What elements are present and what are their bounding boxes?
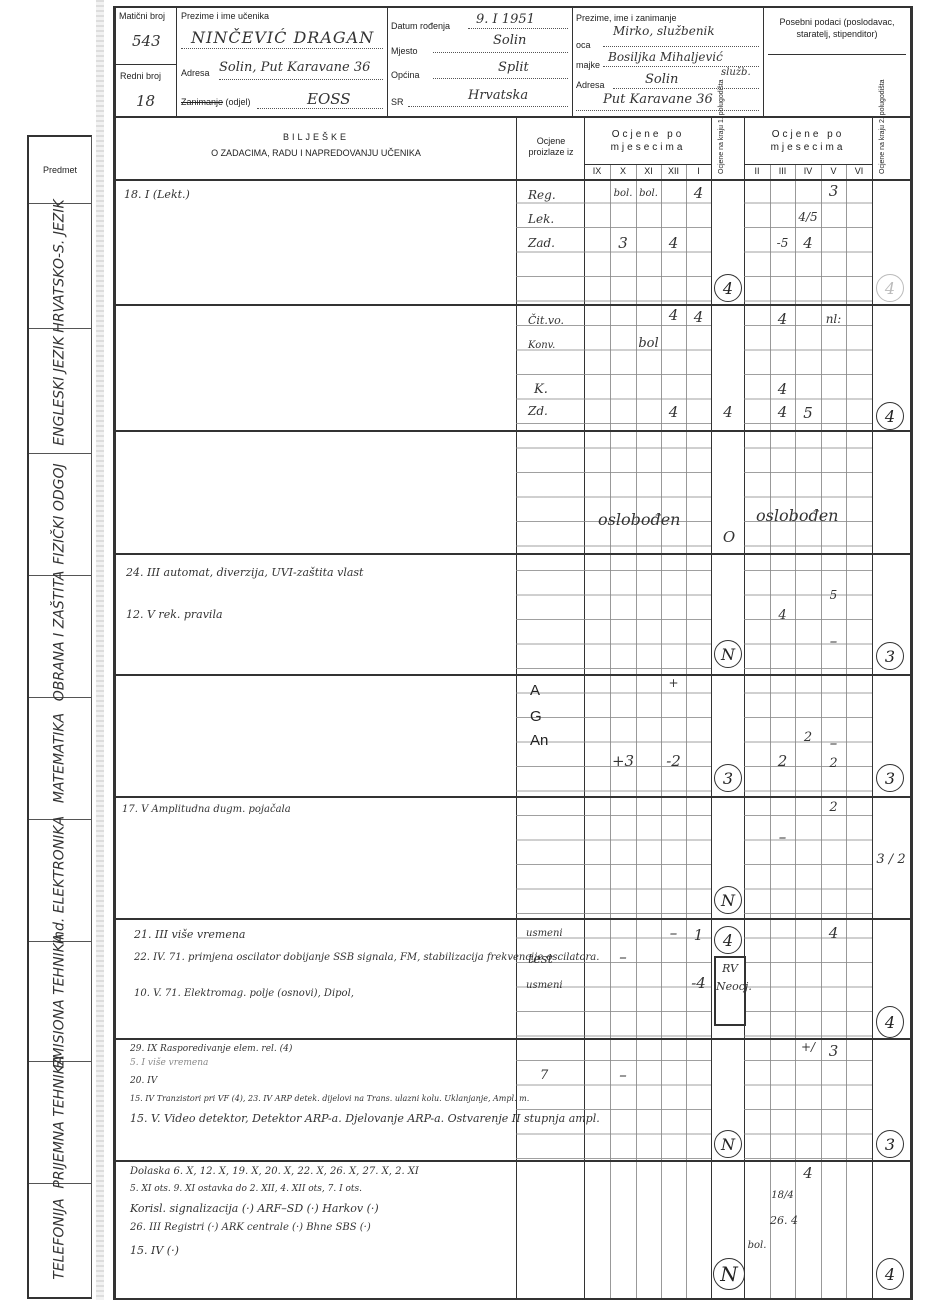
term2-final-grade: 4 <box>876 402 904 430</box>
grade-cell: – <box>821 632 846 650</box>
father-value: Mirko, službenik <box>613 24 715 38</box>
occupation-label: Zanimanje (odjel) <box>181 97 251 107</box>
note-emission-3: 10. V. 71. Elektromag. polje (osnovi), D… <box>134 988 354 999</box>
term1-final-grade: N <box>714 640 742 668</box>
student-record-sheet: Matični broj 543 Redni broj 18 Prezime i… <box>113 6 913 1300</box>
subject-label-defense: OBRANA I ZAŠTITA <box>29 575 91 698</box>
municipality-value: Split <box>498 60 529 75</box>
grade-cell: 4 <box>770 608 795 623</box>
note-croatian-1: 18. I (Lekt.) <box>124 188 190 201</box>
grade-cell: 4 <box>661 306 686 324</box>
ordinal-number-value: 18 <box>136 92 155 110</box>
grade-cell: 4 <box>770 380 795 398</box>
grade-cell: +3 <box>610 752 636 770</box>
month-iv: IV <box>795 166 821 176</box>
parents-address-label: Adresa <box>576 80 605 90</box>
grade-cell: 4 <box>661 234 686 252</box>
parents-address-value-2: Put Karavane 36 <box>603 92 713 107</box>
source-emission-3: usmeni <box>526 980 563 991</box>
grade-cell: 4 <box>661 403 686 421</box>
binding-gutter <box>96 0 104 1300</box>
grade-cell: 3 <box>610 234 636 252</box>
registry-number-value: 543 <box>132 32 161 50</box>
term2-final-header: Ocjene na kraju 2. polugodišta <box>878 79 887 174</box>
ordinal-number-label: Redni broj <box>120 71 161 81</box>
note-telephony-4: 26. III Registri (·) ARK centrale (·) Bh… <box>130 1222 371 1233</box>
term2-final-grade: 3 / 2 <box>874 852 908 867</box>
term1-final-grade: N <box>713 1258 745 1290</box>
grade-cell: bol. <box>610 188 636 199</box>
grade-cell: – <box>610 948 636 966</box>
source-croatian-1: Reg. <box>528 188 556 202</box>
student-info-cell: Prezime i ime učenika NINČEVIĆ DRAGAN Ad… <box>177 8 388 116</box>
note-reception-2: 5. I više vremena <box>130 1058 208 1068</box>
grade-cell: -2 <box>661 752 686 770</box>
registry-number-cell: Matični broj 543 <box>116 8 177 65</box>
term1-final-grade: O <box>716 528 742 546</box>
note-defense-1: 24. III automat, diverzija, UVI-zaštita … <box>126 566 363 579</box>
month-vi: VI <box>846 166 872 176</box>
term1-final-grade: N <box>714 1130 742 1158</box>
term1-final-grade: 3 <box>714 764 742 792</box>
grade-cell: 4 <box>770 310 795 328</box>
grade-cell: bol. <box>744 1240 770 1251</box>
republic-label: SR <box>391 97 404 107</box>
month-xi: XI <box>636 166 661 176</box>
month-x: X <box>610 166 636 176</box>
header-block: Matični broj 543 Redni broj 18 Prezime i… <box>116 8 910 118</box>
term1-final-header: Ocjene na kraju 1. polugodišta <box>717 79 726 174</box>
source-math-1: A <box>530 682 540 699</box>
note-telephony-3: Korisl. signalizacija (·) ARF–SD (·) Har… <box>130 1202 379 1215</box>
grade-cell: 18/4 <box>770 1190 795 1201</box>
grade-cell: bol. <box>636 188 661 199</box>
source-emission-1: usmeni <box>526 928 563 939</box>
subject-column-header: Predmet <box>29 137 91 204</box>
note-telephony-5: 15. IV (·) <box>130 1244 179 1257</box>
term2-final-grade: 3 <box>876 1130 904 1158</box>
student-name-label: Prezime i ime učenika <box>181 11 269 21</box>
place-label: Mjesto <box>391 46 418 56</box>
month-iii: III <box>770 166 795 176</box>
source-emission-2: test <box>528 952 553 967</box>
note-telephony-2: 5. XI ots. 9. XI ostavka do 2. XII, 4. X… <box>130 1184 362 1194</box>
grade-cell: 2 <box>821 756 846 771</box>
subject-label-math: MATEMATIKA <box>29 697 91 820</box>
mother-value: Bosiljka Mihaljević <box>608 50 723 64</box>
grade-cell: 3 <box>821 1042 846 1060</box>
mother-label: majke <box>576 60 600 70</box>
student-name-value: NINČEVIĆ DRAGAN <box>191 28 374 47</box>
month-v: V <box>821 166 846 176</box>
grade-cell: + <box>661 676 686 690</box>
source-croatian-3: Zad. <box>528 236 555 250</box>
source-croatian-2: Lek. <box>528 212 554 226</box>
term1-final-grade: 4 <box>714 926 742 954</box>
grade-cell: – <box>821 734 846 752</box>
republic-value: Hrvatska <box>468 88 528 103</box>
grade-cell: 1 <box>686 926 711 944</box>
grade-cell: 4 <box>686 184 711 202</box>
grades-table: BILJEŠKE O ZADACIMA, RADU I NAPREDOVANJU… <box>116 118 910 1298</box>
grade-cell: 4 <box>714 403 742 421</box>
term2-monthly-header: Ocjene po mjesecima <box>746 128 870 154</box>
term2-final-grade: 3 <box>876 642 904 670</box>
exempt-term1: oslobođen <box>598 510 680 529</box>
grade-cell: – <box>770 828 795 846</box>
note-defense-2: 12. V rek. pravila <box>126 608 223 621</box>
parents-info-cell: Prezime, ime i zanimanje oca Mirko, služ… <box>573 8 764 116</box>
subject-label-emission: EMISIONA TEHNIKA <box>29 941 91 1062</box>
term2-final-grade: 4 <box>876 274 904 302</box>
month-i: I <box>686 166 711 176</box>
grade-cell: bol <box>636 336 661 351</box>
place-value: Solin <box>493 33 526 48</box>
exempt-term2: oslobođen <box>756 506 838 525</box>
grade-cell: 2 <box>795 730 821 745</box>
subject-strip: Predmet HRVATSKO-S. JEZIK ENGLESKI JEZIK… <box>27 135 92 1299</box>
grade-cell: 5 <box>821 588 846 602</box>
month-ii: II <box>744 166 770 176</box>
note-emission-1: 21. III više vremena <box>134 928 245 941</box>
source-math-3: An <box>530 732 548 749</box>
parents-label: Prezime, ime i zanimanje <box>576 13 677 23</box>
special-data-cell: Posebni podaci (poslodavac, staratelj, s… <box>764 8 910 116</box>
note-reception-1: 29. IX Rasporedivanje elem. rel. (4) <box>130 1044 292 1054</box>
grades-from-header: Ocjene proizlaze iz <box>520 136 582 158</box>
grade-cell: 4/5 <box>795 210 821 224</box>
grade-cell: +/ <box>795 1040 821 1054</box>
grade-cell: -5 <box>770 236 795 250</box>
birth-date-label: Datum rođenja <box>391 21 450 31</box>
note-telephony-1: Dolaska 6. X, 12. X, 19. X, 20. X, 22. X… <box>130 1166 419 1177</box>
grade-cell: 4 <box>795 234 821 252</box>
grade-cell: 2 <box>821 800 846 815</box>
term1-final-grade: 4 <box>714 274 742 302</box>
source-english-4: K. <box>534 382 548 397</box>
grade-cell: – <box>610 1066 636 1084</box>
note-reception-5: 15. V. Video detektor, Detektor ARP-a. D… <box>130 1112 600 1125</box>
subject-label-croatian: HRVATSKO-S. JEZIK <box>29 203 91 329</box>
grade-cell: 2 <box>770 752 795 770</box>
subject-label-english: ENGLESKI JEZIK <box>29 328 91 454</box>
special-data-label: Posebni podaci (poslodavac, staratelj, s… <box>772 16 902 40</box>
notes-subtitle: O ZADACIMA, RADU I NAPREDOVANJU UČENIKA <box>116 148 516 158</box>
source-english-5: Zd. <box>528 404 548 418</box>
subject-label-reception: PRIJEMNA TEHNIKA <box>29 1061 91 1184</box>
source-reception-1: 7 <box>540 1068 548 1083</box>
grade-cell: 26. 4 <box>770 1214 798 1227</box>
note-reception-4: 15. IV Tranzistori pri VF (4), 23. IV AR… <box>130 1094 529 1103</box>
address-value: Solin, Put Karavane 36 <box>219 60 370 75</box>
grade-cell: 4 <box>795 1164 821 1182</box>
grade-cell: 5 <box>795 404 821 422</box>
father-label: oca <box>576 40 591 50</box>
month-ix: IX <box>584 166 610 176</box>
subject-label-ind-electronics: Ind. ELEKTRONIKA <box>29 819 91 942</box>
term2-final-grade: 4 <box>876 1006 904 1038</box>
ordinal-number-cell: Redni broj 18 <box>116 65 177 116</box>
birth-info-cell: Datum rođenja 9. I 1951 Mjesto Solin Opć… <box>388 8 573 116</box>
grade-cell: – <box>661 924 686 942</box>
municipality-label: Općina <box>391 70 420 80</box>
occupation-value: EOSS <box>307 90 351 108</box>
term1-monthly-header: Ocjene po mjesecima <box>586 128 710 154</box>
mother-occupation: služb. <box>721 67 751 78</box>
grade-cell: nl: <box>821 312 846 326</box>
parents-address-value: Solin <box>645 72 678 87</box>
month-xii: XII <box>661 166 686 176</box>
registry-number-label: Matični broj <box>119 11 165 21</box>
subject-label-pe: FIZIČKI ODGOJ <box>29 453 91 576</box>
note-ind-electronics-1: 17. V Amplitudna dugm. pojačala <box>122 804 291 815</box>
term1-final-grade: N <box>714 886 742 914</box>
grade-cell: 4 <box>770 403 795 421</box>
subject-label-telephony: TELEFONIJA <box>29 1183 91 1295</box>
birth-date-value: 9. I 1951 <box>476 12 535 27</box>
notes-title: BILJEŠKE <box>116 132 516 142</box>
source-english-2: Konv. <box>528 340 555 351</box>
unassessed-box: RV Neocj. <box>714 956 746 1026</box>
note-reception-3: 20. IV <box>130 1076 157 1086</box>
grade-cell: -4 <box>686 974 711 992</box>
source-math-2: G <box>530 708 542 725</box>
address-label: Adresa <box>181 68 210 78</box>
grade-cell: 3 <box>821 182 846 200</box>
source-english-1: Čit.vo. <box>528 314 564 327</box>
term2-final-grade: 4 <box>876 1258 904 1290</box>
grade-cell: 4 <box>686 308 711 326</box>
grade-cell: 4 <box>821 924 846 942</box>
term2-final-grade: 3 <box>876 764 904 792</box>
